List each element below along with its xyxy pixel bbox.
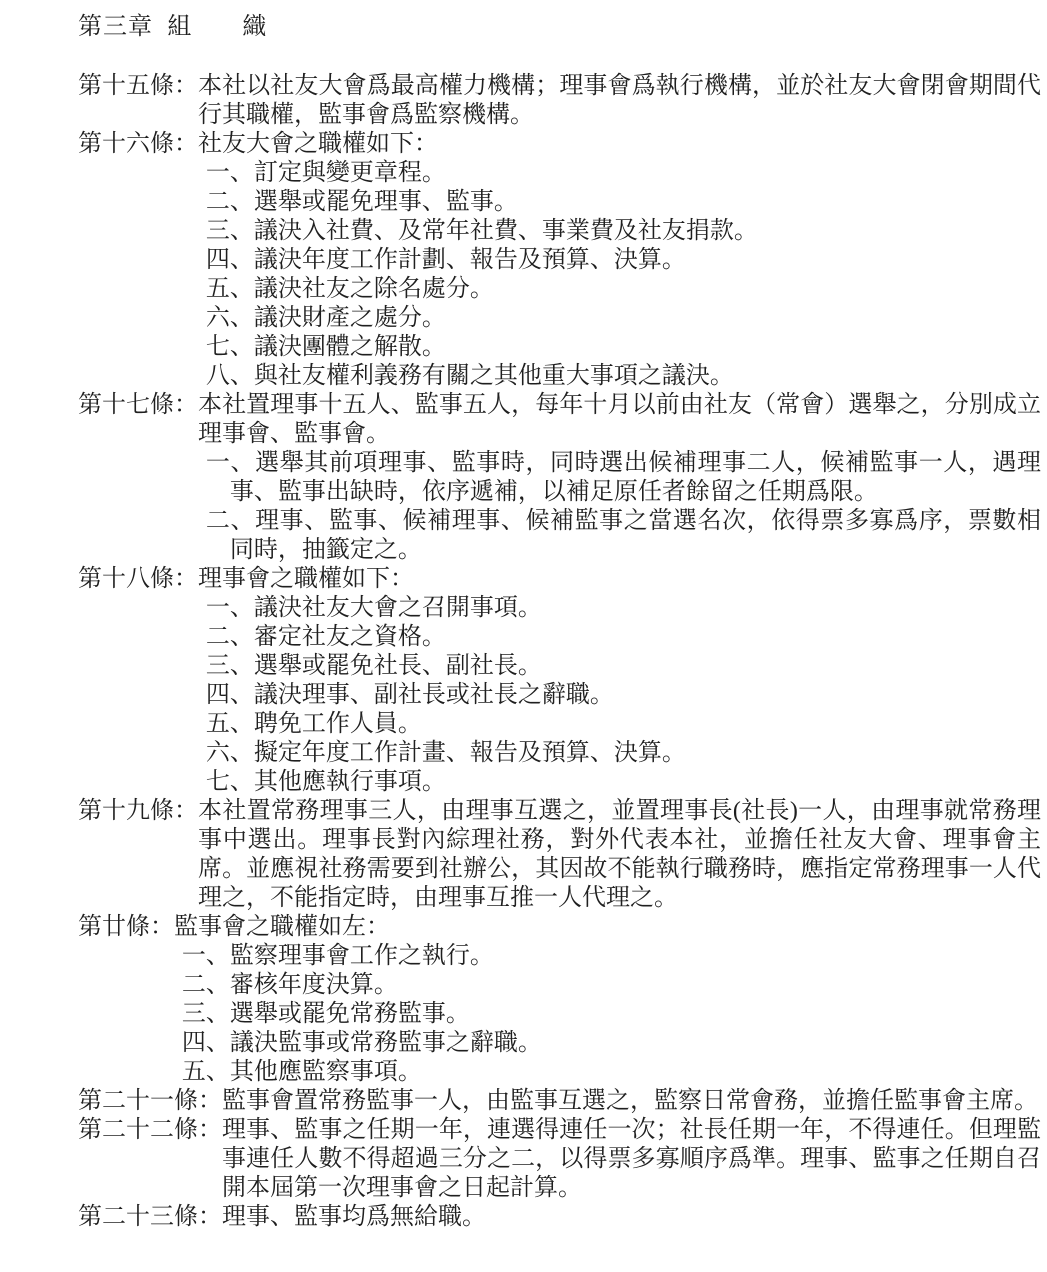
item-marker: 一、 (182, 943, 230, 969)
article-item: 四、議決理事、副社長或社長之辭職。 (198, 681, 1041, 710)
article-item: 五、議決社友之除名處分。 (198, 275, 1041, 304)
item-marker: 七、 (206, 334, 254, 360)
item-text: 議決理事、副社長或社長之辭職。 (254, 682, 614, 708)
item-text: 擬定年度工作計畫、報告及預算、決算。 (254, 740, 686, 766)
article-label: 第二十二條： (78, 1116, 222, 1145)
article-item: 一、選舉其前項理事、監事時，同時選出候補理事二人，候補監事一人，遇理事、監事出缺… (198, 449, 1041, 507)
item-marker: 二、 (206, 189, 254, 215)
article-item: 二、審核年度決算。 (174, 971, 1041, 1000)
article: 第十八條： 理事會之職權如下： 一、議決社友大會之召開事項。 二、審定社友之資格… (78, 565, 1041, 797)
article-item: 四、議決監事或常務監事之辭職。 (174, 1029, 1041, 1058)
article-list: 第十五條： 本社以社友大會爲最高權力機構；理事會爲執行機構，並於社友大會閉會期間… (78, 72, 1041, 1232)
article: 第十七條： 本社置理事十五人、監事五人，每年十月以前由社友（常會）選舉之，分別成… (78, 391, 1041, 565)
article-item: 一、監察理事會工作之執行。 (174, 942, 1041, 971)
article-item: 三、選舉或罷免常務監事。 (174, 1000, 1041, 1029)
item-text: 聘免工作人員。 (254, 711, 422, 737)
article-label: 第十五條： (78, 72, 198, 101)
item-marker: 五、 (206, 276, 254, 302)
item-marker: 三、 (206, 653, 254, 679)
item-marker: 二、 (182, 972, 230, 998)
article-label: 第十六條： (78, 130, 198, 159)
item-marker: 三、 (182, 1001, 230, 1027)
article-label: 第廿條： (78, 913, 174, 942)
article: 第二十一條： 監事會置常務監事一人，由監事互選之，監察日常會務，並擔任監事會主席… (78, 1087, 1041, 1116)
article: 第廿條： 監事會之職權如左： 一、監察理事會工作之執行。 二、審核年度決算。 三… (78, 913, 1041, 1087)
article-item: 二、理事、監事、候補理事、候補監事之當選名次，依得票多寡爲序，票數相同時，抽籤定… (198, 507, 1041, 565)
item-marker: 五、 (206, 711, 254, 737)
item-marker: 八、 (206, 363, 254, 389)
item-text: 審定社友之資格。 (254, 624, 446, 650)
article-content: 監事會之職權如左： 一、監察理事會工作之執行。 二、審核年度決算。 三、選舉或罷… (174, 913, 1041, 1087)
article-text: 本社置理事十五人、監事五人，每年十月以前由社友（常會）選舉之，分別成立理事會、監… (198, 391, 1041, 449)
article-label: 第十九條： (78, 797, 198, 826)
article-item: 三、議決入社費、及常年社費、事業費及社友捐款。 (198, 217, 1041, 246)
item-text: 選舉或罷免常務監事。 (230, 1001, 470, 1027)
article-items: 一、訂定與變更章程。 二、選舉或罷免理事、監事。 三、議決入社費、及常年社費、事… (198, 159, 1041, 391)
article-text: 理事會之職權如下： (198, 565, 1041, 594)
article-text: 本社以社友大會爲最高權力機構；理事會爲執行機構，並於社友大會閉會期間代行其職權，… (198, 72, 1041, 130)
item-text: 議決入社費、及常年社費、事業費及社友捐款。 (254, 218, 758, 244)
item-marker: 六、 (206, 305, 254, 331)
chapter-number: 第三章 (78, 14, 153, 40)
item-text: 審核年度決算。 (230, 972, 398, 998)
item-text: 其他應監察事項。 (230, 1059, 422, 1085)
article-label: 第二十三條： (78, 1203, 222, 1232)
article-label: 第二十一條： (78, 1087, 222, 1116)
item-text: 監察理事會工作之執行。 (230, 943, 494, 969)
article-item: 一、議決社友大會之召開事項。 (198, 594, 1041, 623)
article-item: 三、選舉或罷免社長、副社長。 (198, 652, 1041, 681)
article-items: 一、監察理事會工作之執行。 二、審核年度決算。 三、選舉或罷免常務監事。 四、議… (174, 942, 1041, 1087)
article-content: 理事、監事均爲無給職。 (222, 1203, 1041, 1232)
article-item: 七、議決團體之解散。 (198, 333, 1041, 362)
item-marker: 二、 (206, 624, 254, 650)
article: 第十九條： 本社置常務理事三人，由理事互選之，並置理事長(社長)一人，由理事就常… (78, 797, 1041, 913)
article-items: 一、議決社友大會之召開事項。 二、審定社友之資格。 三、選舉或罷免社長、副社長。… (198, 594, 1041, 797)
item-marker: 二、 (206, 508, 255, 534)
document-page: 第三章組 織 第十五條： 本社以社友大會爲最高權力機構；理事會爲執行機構，並於社… (0, 0, 1047, 1272)
item-marker: 四、 (206, 682, 254, 708)
article-item: 六、擬定年度工作計畫、報告及預算、決算。 (198, 739, 1041, 768)
article-label: 第十八條： (78, 565, 198, 594)
item-marker: 五、 (182, 1059, 230, 1085)
article: 第二十三條： 理事、監事均爲無給職。 (78, 1203, 1041, 1232)
item-marker: 六、 (206, 740, 254, 766)
item-text: 議決社友之除名處分。 (254, 276, 494, 302)
article-text: 理事、監事均爲無給職。 (222, 1203, 1041, 1232)
item-marker: 四、 (206, 247, 254, 273)
item-marker: 一、 (206, 595, 254, 621)
item-text: 議決社友大會之召開事項。 (254, 595, 542, 621)
item-marker: 一、 (206, 160, 254, 186)
article: 第十六條： 社友大會之職權如下： 一、訂定與變更章程。 二、選舉或罷免理事、監事… (78, 130, 1041, 391)
article-content: 本社置常務理事三人，由理事互選之，並置理事長(社長)一人，由理事就常務理事中選出… (198, 797, 1041, 913)
article-text: 社友大會之職權如下： (198, 130, 1041, 159)
article-item: 四、議決年度工作計劃、報告及預算、決算。 (198, 246, 1041, 275)
chapter-heading: 第三章組 織 (78, 12, 1041, 42)
article-content: 監事會置常務監事一人，由監事互選之，監察日常會務，並擔任監事會主席。 (222, 1087, 1041, 1116)
article-content: 理事會之職權如下： 一、議決社友大會之召開事項。 二、審定社友之資格。 三、選舉… (198, 565, 1041, 797)
article-label: 第十七條： (78, 391, 198, 420)
item-marker: 三、 (206, 218, 254, 244)
article-content: 理事、監事之任期一年，連選得連任一次；社長任期一年，不得連任。但理監事連任人數不… (222, 1116, 1041, 1203)
item-text: 與社友權利義務有關之其他重大事項之議決。 (254, 363, 734, 389)
article-item: 五、聘免工作人員。 (198, 710, 1041, 739)
article-item: 八、與社友權利義務有關之其他重大事項之議決。 (198, 362, 1041, 391)
item-marker: 四、 (182, 1030, 230, 1056)
article-item: 六、議決財產之處分。 (198, 304, 1041, 333)
item-marker: 七、 (206, 769, 254, 795)
article: 第二十二條： 理事、監事之任期一年，連選得連任一次；社長任期一年，不得連任。但理… (78, 1116, 1041, 1203)
article-text: 監事會之職權如左： (174, 913, 1041, 942)
article-items: 一、選舉其前項理事、監事時，同時選出候補理事二人，候補監事一人，遇理事、監事出缺… (198, 449, 1041, 565)
article-content: 社友大會之職權如下： 一、訂定與變更章程。 二、選舉或罷免理事、監事。 三、議決… (198, 130, 1041, 391)
item-text: 訂定與變更章程。 (254, 160, 446, 186)
item-text: 選舉或罷免理事、監事。 (254, 189, 518, 215)
item-text: 選舉或罷免社長、副社長。 (254, 653, 542, 679)
article-item: 二、選舉或罷免理事、監事。 (198, 188, 1041, 217)
article-item: 二、審定社友之資格。 (198, 623, 1041, 652)
article-item: 五、其他應監察事項。 (174, 1058, 1041, 1087)
item-text: 議決年度工作計劃、報告及預算、決算。 (254, 247, 686, 273)
item-text: 選舉其前項理事、監事時，同時選出候補理事二人，候補監事一人，遇理事、監事出缺時，… (230, 450, 1041, 505)
article-item: 七、其他應執行事項。 (198, 768, 1041, 797)
article-text: 本社置常務理事三人，由理事互選之，並置理事長(社長)一人，由理事就常務理事中選出… (198, 797, 1041, 913)
article-content: 本社置理事十五人、監事五人，每年十月以前由社友（常會）選舉之，分別成立理事會、監… (198, 391, 1041, 565)
item-text: 其他應執行事項。 (254, 769, 446, 795)
item-marker: 一、 (206, 450, 255, 476)
item-text: 議決監事或常務監事之辭職。 (230, 1030, 542, 1056)
item-text: 議決財產之處分。 (254, 305, 446, 331)
chapter-title: 組 織 (167, 14, 267, 40)
item-text: 理事、監事、候補理事、候補監事之當選名次，依得票多寡爲序，票數相同時，抽籤定之。 (230, 508, 1041, 563)
article: 第十五條： 本社以社友大會爲最高權力機構；理事會爲執行機構，並於社友大會閉會期間… (78, 72, 1041, 130)
article-text: 監事會置常務監事一人，由監事互選之，監察日常會務，並擔任監事會主席。 (222, 1087, 1041, 1116)
article-item: 一、訂定與變更章程。 (198, 159, 1041, 188)
article-content: 本社以社友大會爲最高權力機構；理事會爲執行機構，並於社友大會閉會期間代行其職權，… (198, 72, 1041, 130)
item-text: 議決團體之解散。 (254, 334, 446, 360)
article-text: 理事、監事之任期一年，連選得連任一次；社長任期一年，不得連任。但理監事連任人數不… (222, 1116, 1041, 1203)
